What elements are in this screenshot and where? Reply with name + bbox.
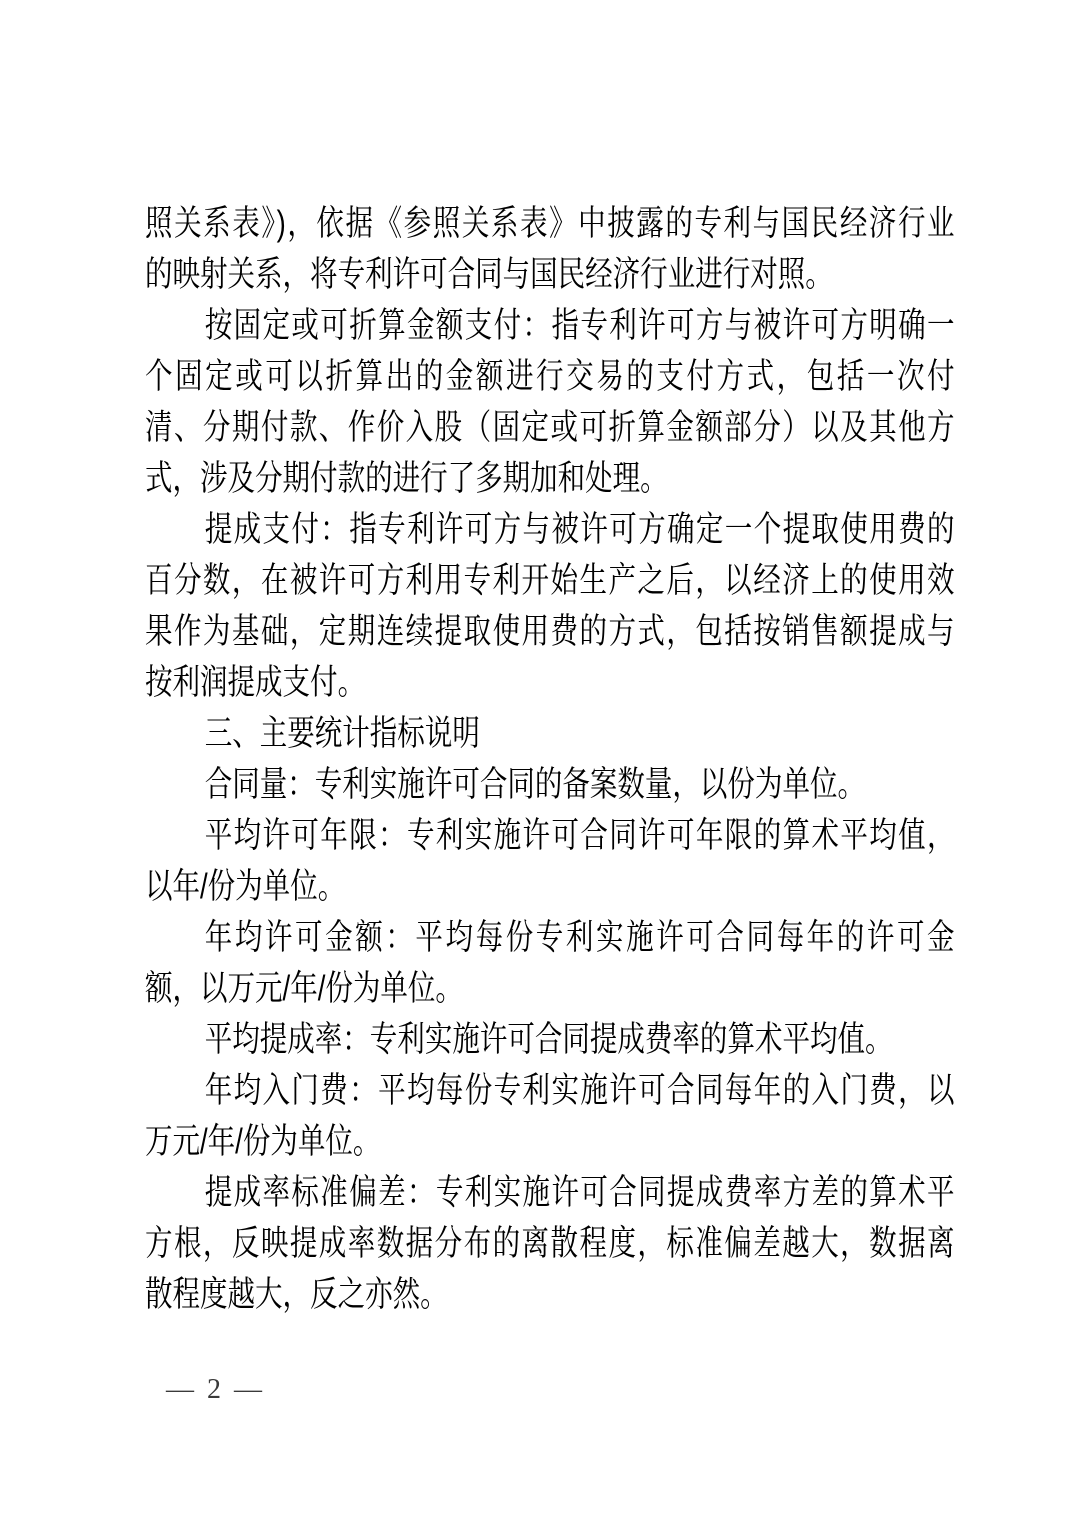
page-footer: — 2 — xyxy=(166,1374,262,1406)
text-line: 按利润提成支付。 xyxy=(145,657,955,708)
text-line: 合同量：专利实施许可合同的备案数量，以份为单位。 xyxy=(145,759,955,810)
text-line: 果作为基础，定期连续提取使用费的方式，包括按销售额提成与 xyxy=(145,606,955,657)
text-line: 方根，反映提成率数据分布的离散程度，标准偏差越大，数据离 xyxy=(145,1218,955,1269)
footer-dash-left: — xyxy=(166,1374,194,1406)
text-line: 平均许可年限：专利实施许可合同许可年限的算术平均值， xyxy=(145,810,955,861)
text-line: 按固定或可折算金额支付：指专利许可方与被许可方明确一 xyxy=(145,300,955,351)
text-line: 年均入门费：平均每份专利实施许可合同每年的入门费，以 xyxy=(145,1065,955,1116)
text-line: 以年/份为单位。 xyxy=(145,861,955,912)
text-line: 照关系表》)，依据《参照关系表》中披露的专利与国民经济行业 xyxy=(145,198,955,249)
page-number: 2 xyxy=(207,1374,221,1406)
footer-dash-right: — xyxy=(234,1374,262,1406)
text-line: 提成支付：指专利许可方与被许可方确定一个提取使用费的 xyxy=(145,504,955,555)
text-line: 年均许可金额：平均每份专利实施许可合同每年的许可金 xyxy=(145,912,955,963)
text-line: 的映射关系，将专利许可合同与国民经济行业进行对照。 xyxy=(145,249,955,300)
text-line: 百分数，在被许可方利用专利开始生产之后，以经济上的使用效 xyxy=(145,555,955,606)
text-line: 三、主要统计指标说明 xyxy=(145,708,955,759)
text-line: 万元/年/份为单位。 xyxy=(145,1116,955,1167)
text-line: 额，以万元/年/份为单位。 xyxy=(145,963,955,1014)
text-block: 照关系表》)，依据《参照关系表》中披露的专利与国民经济行业的映射关系，将专利许可… xyxy=(145,198,955,1320)
text-line: 散程度越大，反之亦然。 xyxy=(145,1269,955,1320)
text-line: 式，涉及分期付款的进行了多期加和处理。 xyxy=(145,453,955,504)
text-line: 提成率标准偏差：专利实施许可合同提成费率方差的算术平 xyxy=(145,1167,955,1218)
text-line: 个固定或可以折算出的金额进行交易的支付方式，包括一次付 xyxy=(145,351,955,402)
text-line: 平均提成率：专利实施许可合同提成费率的算术平均值。 xyxy=(145,1014,955,1065)
document-page: 照关系表》)，依据《参照关系表》中披露的专利与国民经济行业的映射关系，将专利许可… xyxy=(0,0,1080,1527)
text-line: 清、分期付款、作价入股（固定或可折算金额部分）以及其他方 xyxy=(145,402,955,453)
